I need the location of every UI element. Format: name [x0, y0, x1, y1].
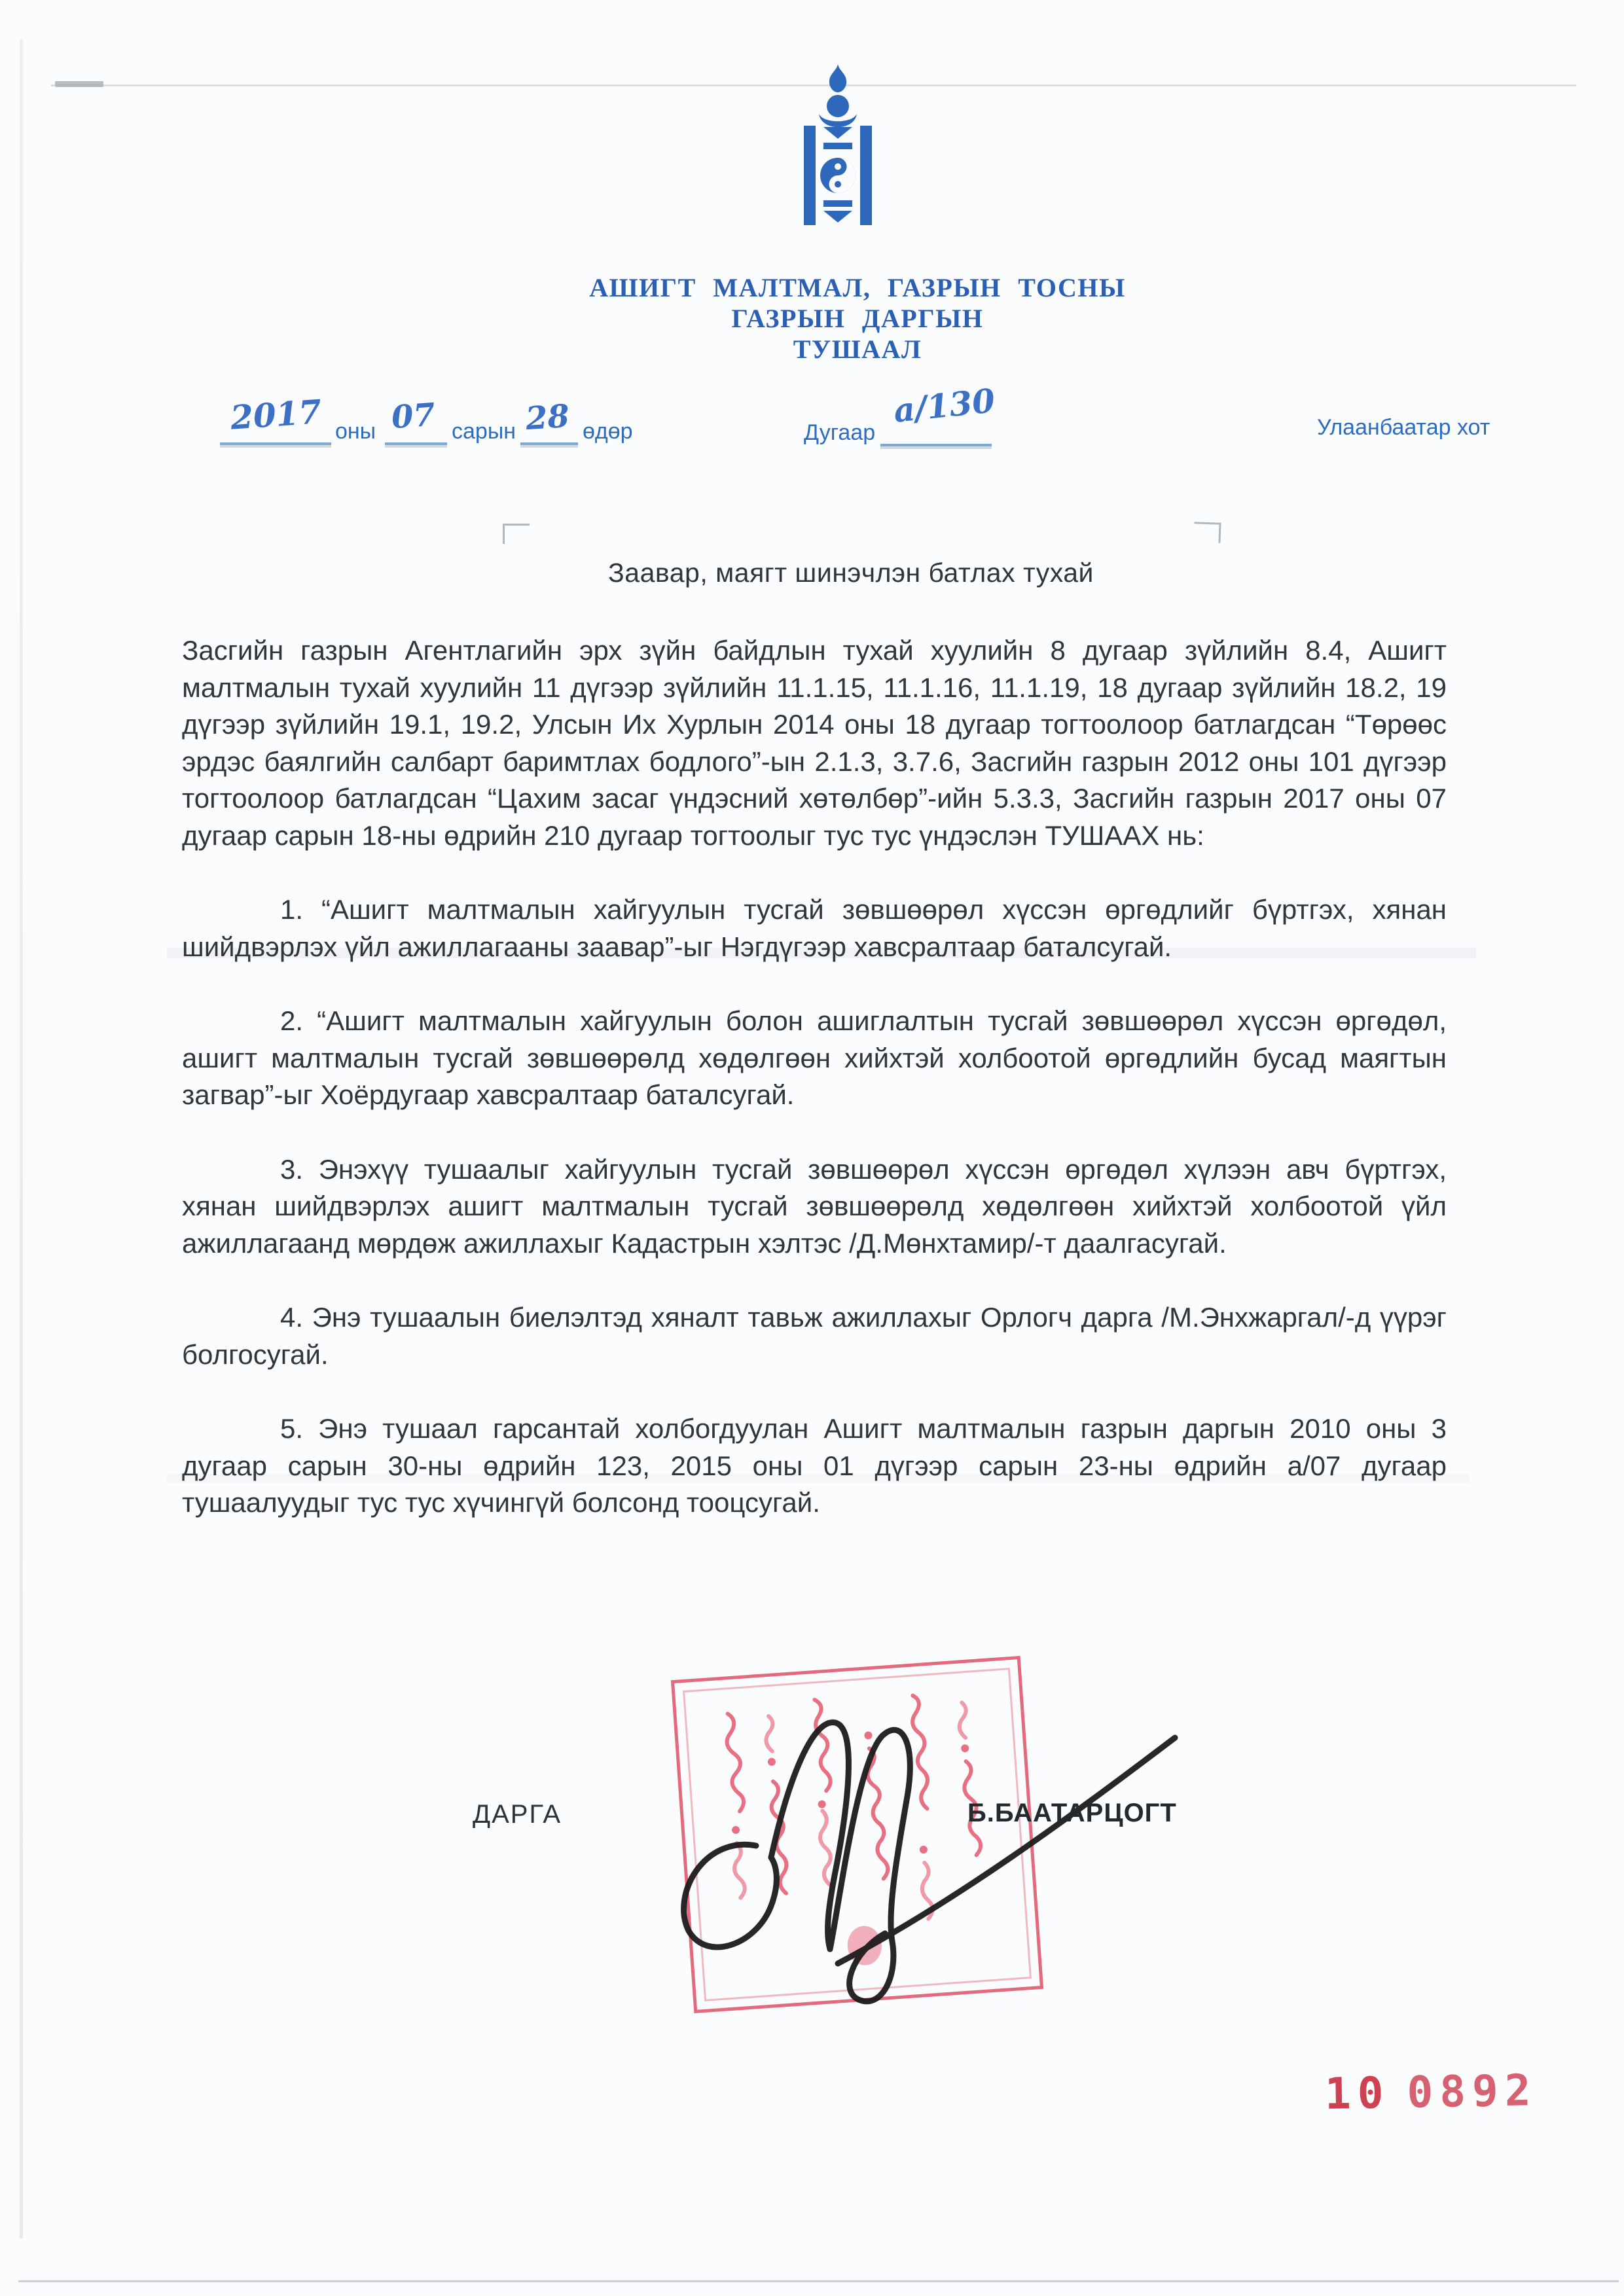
- serial-number-stamp: 100892: [1324, 2065, 1538, 2119]
- month-underline: [385, 442, 447, 445]
- org-title-line1: АШИГТ МАЛТМАЛ, ГАЗРЫН ТОСНЫ: [213, 272, 1502, 303]
- subject-line: Заавар, маягт шинэчлэн батлах тухай: [196, 558, 1506, 588]
- preamble-paragraph: Засгийн газрын Агентлагийн эрх зүйн байд…: [182, 632, 1447, 854]
- number-underline: [880, 444, 992, 446]
- scan-artifact-top-mark: [55, 81, 103, 87]
- org-title-line3: ТУШААЛ: [213, 334, 1502, 365]
- order-item-5: 5. Энэ тушаал гарсантай холбогдуулан Аши…: [182, 1410, 1447, 1522]
- order-item-4: 4. Энэ тушаалын биелэлтэд хяналт тавьж а…: [182, 1299, 1447, 1373]
- city-label: Улаанбаатар хот: [1317, 415, 1490, 440]
- signer-title-label: ДАРГА: [473, 1800, 562, 1829]
- scan-artifact-bottom-line: [18, 2280, 1619, 2282]
- day-underline: [520, 442, 578, 445]
- order-item-1: 1. “Ашигт малтмалын хайгуулын тусгай зөв…: [182, 891, 1447, 965]
- order-item-2: 2. “Ашигт малтмалын хайгуулын болон ашиг…: [182, 1003, 1447, 1114]
- month-label: сарын: [452, 419, 516, 444]
- order-item-3: 3. Энэхүү тушаалыг хайгуулын тусгай зөвш…: [182, 1151, 1447, 1263]
- scan-artifact-left-strip: [20, 39, 23, 2238]
- crop-mark-right-icon: [1193, 522, 1221, 543]
- year-underline: [220, 442, 331, 445]
- org-title: АШИГТ МАЛТМАЛ, ГАЗРЫН ТОСНЫ ГАЗРЫН ДАРГЫ…: [213, 272, 1502, 365]
- serial-part1: 10: [1324, 2068, 1390, 2119]
- handwritten-year: 2017: [229, 392, 323, 437]
- scanned-order-page: АШИГТ МАЛТМАЛ, ГАЗРЫН ТОСНЫ ГАЗРЫН ДАРГЫ…: [0, 0, 1624, 2296]
- handwritten-number: а/130: [892, 381, 996, 430]
- body-text: Засгийн газрын Агентлагийн эрх зүйн байд…: [182, 632, 1447, 1559]
- day-label: өдөр: [583, 419, 633, 444]
- handwritten-day: 28: [524, 398, 571, 438]
- org-title-line2: ГАЗРЫН ДАРГЫН: [213, 303, 1502, 334]
- crop-mark-left-icon: [503, 524, 530, 544]
- signer-name: Б.БААТАРЦОГТ: [967, 1799, 1177, 1828]
- year-label: оны: [335, 419, 376, 444]
- number-label: Дугаар: [804, 420, 875, 446]
- handwritten-month: 07: [390, 397, 437, 437]
- soyombo-emblem-icon: [797, 63, 878, 228]
- ink-signature: [641, 1649, 1218, 2016]
- serial-part2: 0892: [1407, 2065, 1538, 2117]
